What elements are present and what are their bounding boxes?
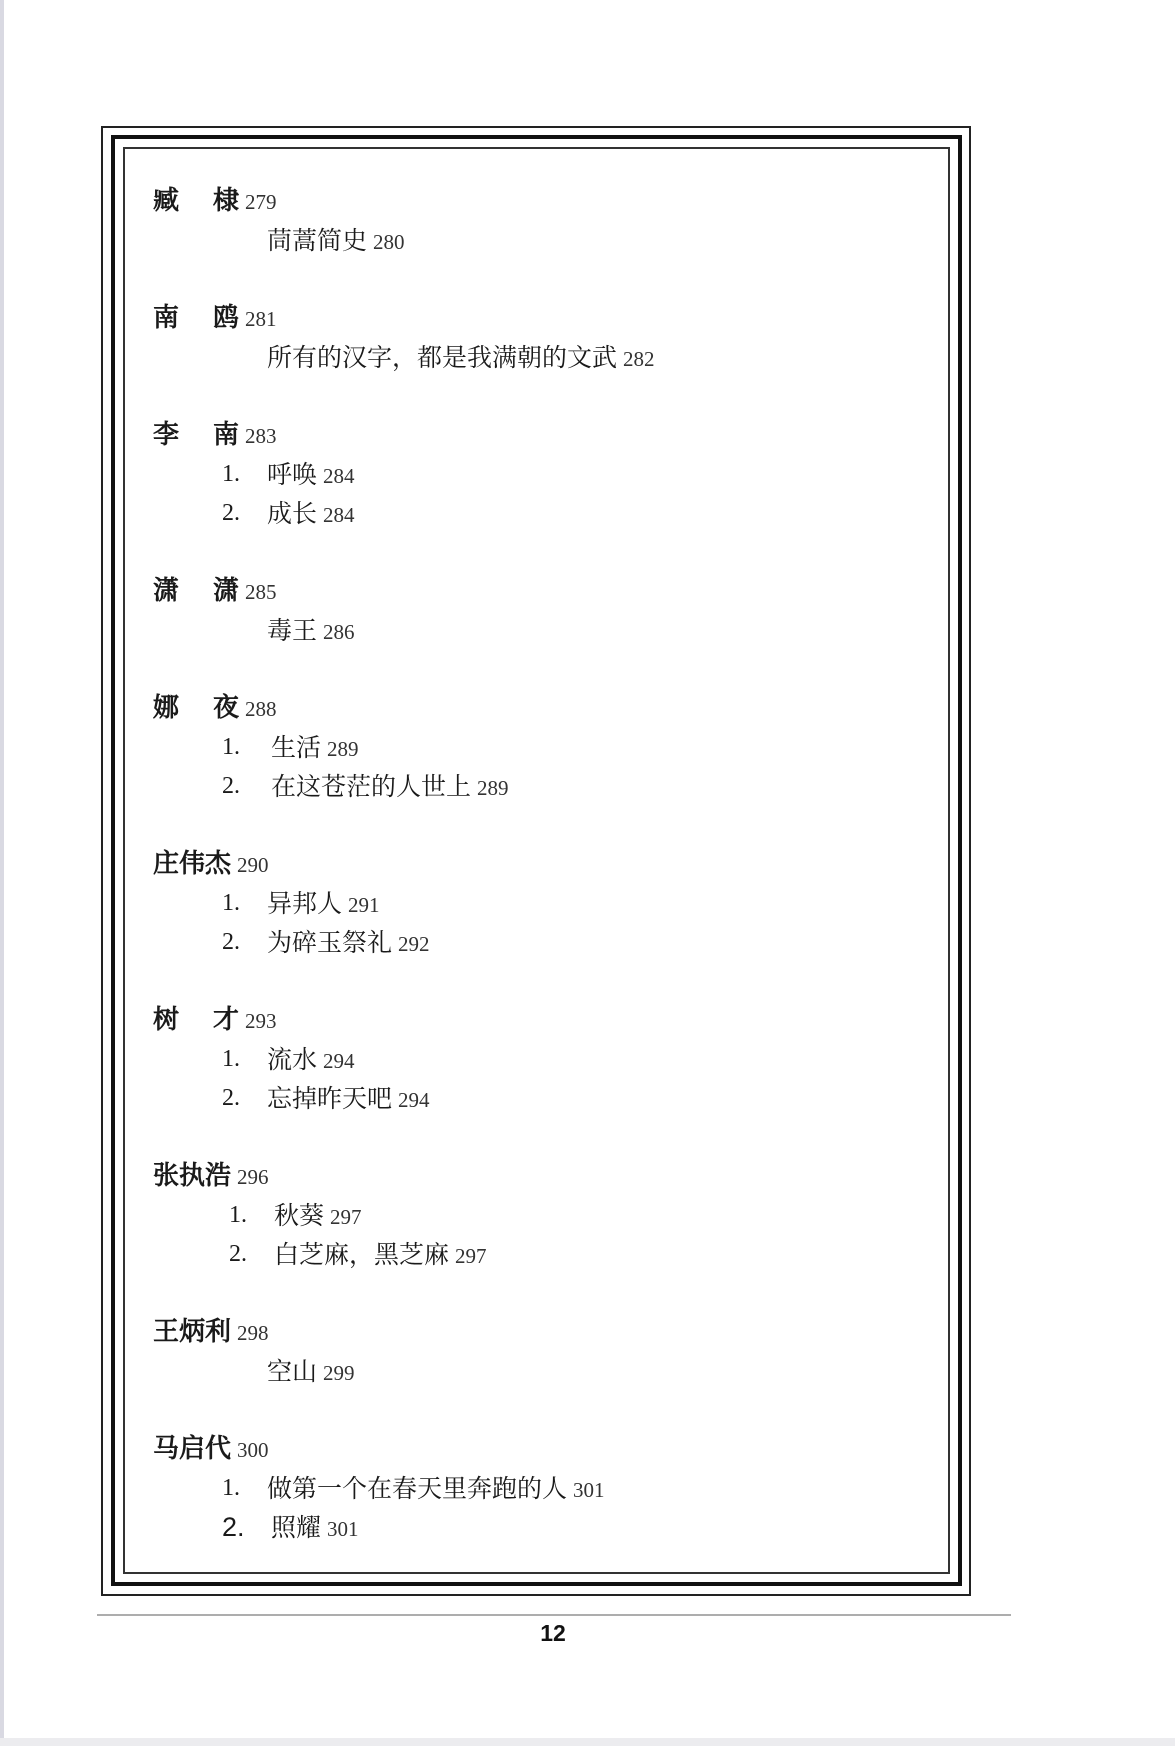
toc-author-line[interactable]: 娜夜288 [153, 689, 933, 728]
toc-entry: 臧棣279 茼蒿简史280 [153, 182, 933, 260]
toc-entry: 潇潇285 毒王286 [153, 572, 933, 650]
item-title: 茼蒿简史 [267, 226, 367, 255]
item-title: 流水 [267, 1045, 317, 1074]
item-title: 照耀 [271, 1513, 321, 1542]
item-title: 生活 [271, 733, 321, 762]
author-name: 张执浩 [153, 1161, 231, 1191]
item-number: 2. [222, 1079, 240, 1118]
toc-item[interactable]: 2. 成长284 [153, 494, 933, 533]
toc-item[interactable]: 2. 为碎玉祭礼292 [153, 923, 933, 962]
page-ref: 282 [623, 347, 655, 371]
toc-item[interactable]: 2. 在这苍茫的人世上289 [153, 767, 933, 806]
page-ref: 292 [398, 932, 430, 956]
page-ref: 299 [323, 1361, 355, 1385]
toc-author-line[interactable]: 李南283 [153, 416, 933, 455]
table-of-contents: 臧棣279 茼蒿简史280 南鸥281 所有的汉字，都是我满朝的文武282 李南… [153, 182, 933, 1547]
item-number: 2. [222, 494, 240, 533]
page-ref: 300 [237, 1438, 269, 1462]
page-ref: 288 [245, 697, 277, 721]
toc-entry: 王炳利298 空山299 [153, 1313, 933, 1391]
toc-item[interactable]: 1. 异邦人291 [153, 884, 933, 923]
page-ref: 294 [398, 1088, 430, 1112]
item-number: 1. [222, 1040, 240, 1079]
item-number: 2. [229, 1235, 247, 1274]
toc-item[interactable]: 2. 白芝麻，黑芝麻297 [153, 1235, 933, 1274]
item-title: 秋葵 [274, 1201, 324, 1230]
toc-entry: 张执浩296 1. 秋葵297 2. 白芝麻，黑芝麻297 [153, 1157, 933, 1274]
page-ref: 298 [237, 1321, 269, 1345]
item-number: 1. [222, 884, 240, 923]
item-title: 异邦人 [267, 889, 342, 918]
item-title: 空山 [267, 1357, 317, 1386]
item-title: 在这苍茫的人世上 [271, 772, 471, 801]
page-ref: 284 [323, 503, 355, 527]
item-title: 做第一个在春天里奔跑的人 [267, 1474, 567, 1503]
page-ref: 291 [348, 893, 380, 917]
page-number: 12 [500, 1618, 606, 1648]
page-ref: 281 [245, 307, 277, 331]
toc-author-line[interactable]: 树才293 [153, 1001, 933, 1040]
page-edge-shadow [0, 0, 4, 1746]
toc-entry: 马启代300 1. 做第一个在春天里奔跑的人301 2. 照耀301 [153, 1430, 933, 1547]
footer-rule [97, 1614, 1011, 1616]
author-name: 李南 [153, 420, 239, 450]
author-name: 王炳利 [153, 1317, 231, 1347]
author-name: 马启代 [153, 1434, 231, 1464]
author-name: 臧棣 [153, 186, 239, 216]
toc-author-line[interactable]: 庄伟杰290 [153, 845, 933, 884]
page-ref: 296 [237, 1165, 269, 1189]
toc-item[interactable]: 1. 做第一个在春天里奔跑的人301 [153, 1469, 933, 1508]
item-title: 忘掉昨天吧 [267, 1084, 392, 1113]
page-ref: 294 [323, 1049, 355, 1073]
page-ref: 290 [237, 853, 269, 877]
page-ref: 284 [323, 464, 355, 488]
toc-item[interactable]: 1. 流水294 [153, 1040, 933, 1079]
item-title: 呼唤 [267, 460, 317, 489]
page-ref: 279 [245, 190, 277, 214]
toc-entry: 娜夜288 1. 生活289 2. 在这苍茫的人世上289 [153, 689, 933, 806]
item-number: 1. [222, 728, 240, 767]
page-ref: 301 [573, 1478, 605, 1502]
page-ref: 297 [330, 1205, 362, 1229]
page-ref: 289 [477, 776, 509, 800]
author-name: 树才 [153, 1005, 239, 1035]
author-name: 南鸥 [153, 303, 239, 333]
page-ref: 293 [245, 1009, 277, 1033]
item-title: 毒王 [267, 616, 317, 645]
page-ref: 289 [327, 737, 359, 761]
toc-item[interactable]: 所有的汉字，都是我满朝的文武282 [153, 338, 933, 377]
page-ref: 297 [455, 1244, 487, 1268]
toc-entry: 李南283 1. 呼唤284 2. 成长284 [153, 416, 933, 533]
toc-author-line[interactable]: 南鸥281 [153, 299, 933, 338]
toc-entry: 树才293 1. 流水294 2. 忘掉昨天吧294 [153, 1001, 933, 1118]
toc-author-line[interactable]: 王炳利298 [153, 1313, 933, 1352]
toc-author-line[interactable]: 马启代300 [153, 1430, 933, 1469]
toc-author-line[interactable]: 潇潇285 [153, 572, 933, 611]
item-number: 1. [222, 1469, 240, 1508]
toc-item[interactable]: 2. 忘掉昨天吧294 [153, 1079, 933, 1118]
item-number: 2. [222, 923, 240, 962]
item-title: 成长 [267, 499, 317, 528]
item-title: 为碎玉祭礼 [267, 928, 392, 957]
toc-entry: 庄伟杰290 1. 异邦人291 2. 为碎玉祭礼292 [153, 845, 933, 962]
page-ref: 283 [245, 424, 277, 448]
page-ref: 280 [373, 230, 405, 254]
item-number: 1. [229, 1196, 247, 1235]
toc-author-line[interactable]: 张执浩296 [153, 1157, 933, 1196]
item-title: 所有的汉字，都是我满朝的文武 [267, 343, 617, 372]
author-name: 庄伟杰 [153, 849, 231, 879]
toc-entry: 南鸥281 所有的汉字，都是我满朝的文武282 [153, 299, 933, 377]
author-name: 娜夜 [153, 693, 239, 723]
item-number: 1. [222, 455, 240, 494]
item-number: 2. [222, 1508, 245, 1547]
page-ref: 285 [245, 580, 277, 604]
toc-item[interactable]: 毒王286 [153, 611, 933, 650]
author-name: 潇潇 [153, 576, 239, 606]
item-number: 2. [222, 767, 240, 806]
item-title: 白芝麻，黑芝麻 [274, 1240, 449, 1269]
page-ref: 301 [327, 1517, 359, 1541]
toc-author-line[interactable]: 臧棣279 [153, 182, 933, 221]
toc-item[interactable]: 1. 呼唤284 [153, 455, 933, 494]
toc-item[interactable]: 茼蒿简史280 [153, 221, 933, 260]
page-ref: 286 [323, 620, 355, 644]
toc-item[interactable]: 1. 生活289 [153, 728, 933, 767]
page-bottom-edge [0, 1738, 1175, 1746]
toc-item[interactable]: 2. 照耀301 [153, 1508, 933, 1547]
toc-item[interactable]: 1. 秋葵297 [153, 1196, 933, 1235]
toc-item[interactable]: 空山299 [153, 1352, 933, 1391]
